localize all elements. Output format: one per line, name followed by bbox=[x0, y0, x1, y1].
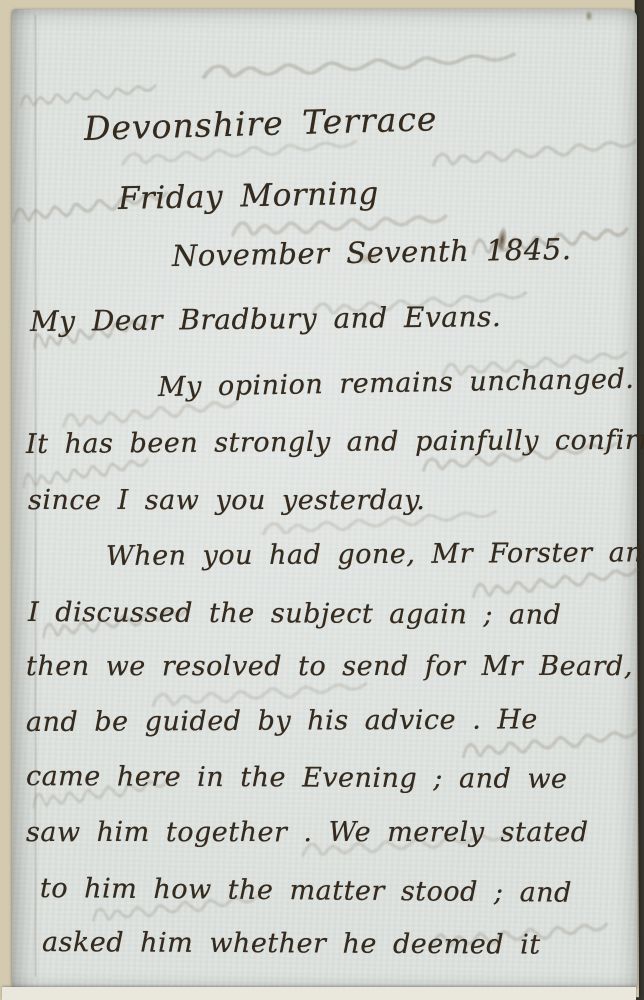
letter-line: and be guided by his advice . He bbox=[26, 706, 538, 736]
address-line: Devonshire Terrace bbox=[84, 102, 438, 145]
letter-line: to him how the matter stood ; and bbox=[40, 875, 572, 907]
letter-line: My opinion remains unchanged. bbox=[158, 366, 635, 401]
letter-line: When you had gone, Mr Forster and bbox=[106, 539, 644, 570]
letter-line: then we resolved to send for Mr Beard, bbox=[26, 653, 633, 680]
letter-line: saw him together . We merely stated bbox=[26, 819, 589, 846]
letter-line: asked him whether he deemed it bbox=[42, 929, 541, 959]
letter-line: came here in the Evening ; and we bbox=[26, 763, 568, 793]
letter-line: since I saw you yesterday. bbox=[28, 487, 425, 514]
page-bottom-edge bbox=[2, 987, 636, 1000]
day-line: Friday Morning bbox=[118, 179, 379, 215]
letter-line: It has been strongly and painfully confi… bbox=[26, 426, 644, 458]
ink-stain bbox=[585, 10, 593, 22]
letter-line: I discussed the subject again ; and bbox=[28, 599, 561, 629]
salutation-line: My Dear Bradbury and Evans. bbox=[30, 303, 502, 336]
handwriting-layer: Devonshire Terrace Friday Morning Novemb… bbox=[0, 0, 644, 1000]
letter-photo: Devonshire Terrace Friday Morning Novemb… bbox=[0, 0, 644, 1000]
